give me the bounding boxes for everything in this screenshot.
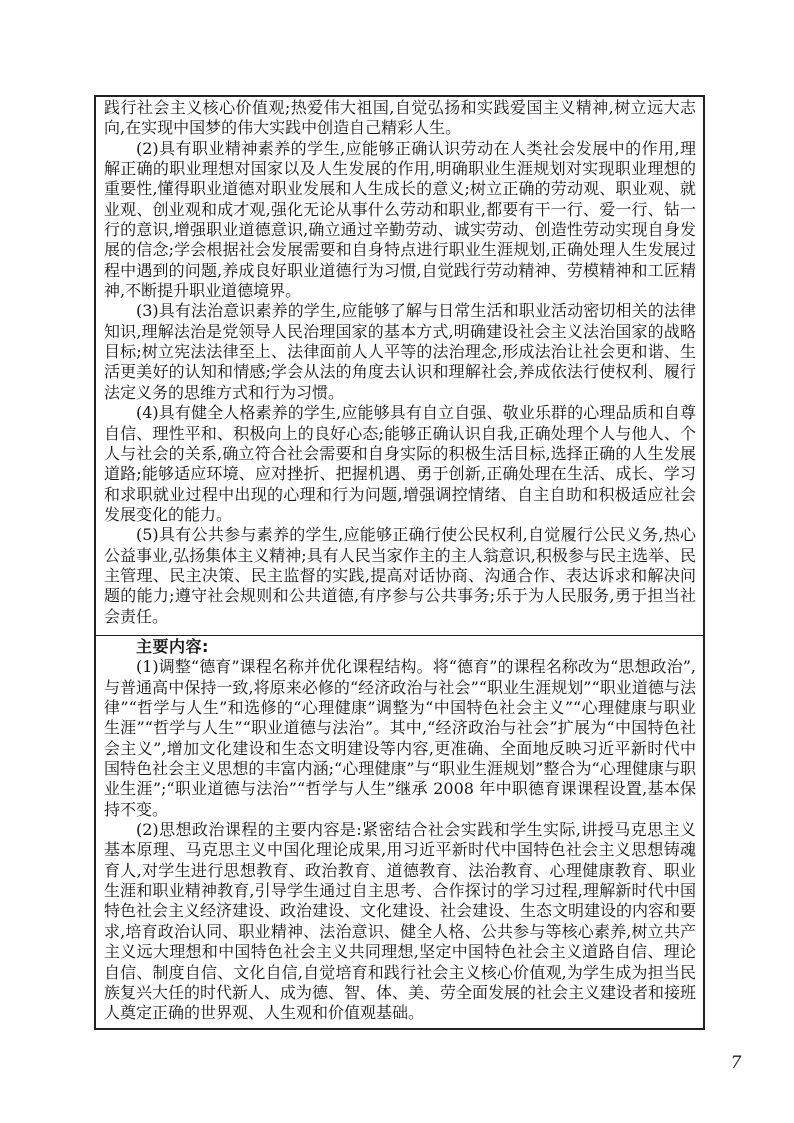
paragraph-main-content-2-ideology-politics-course: (2)思想政治课程的主要内容是:紧密结合社会实践和学生实际,讲授马克思主义基本原…	[104, 820, 696, 1023]
main-content-heading: 主要内容:	[104, 637, 696, 657]
paragraph-competency-4-sound-personality: (4)具有健全人格素养的学生,应能够具有自立自强、敬业乐群的心理品质和自尊自信、…	[104, 403, 696, 525]
table-cell-main-content: 主要内容: (1)调整“德育”课程名称并优化课程结构。将“德育”的课程名称改为“…	[96, 636, 703, 1028]
page-number: 7	[724, 1053, 748, 1073]
paragraph-core-values-continuation: 践行社会主义核心价值观;热爱伟大祖国,自觉弘扬和实践爱国主义精神,树立远大志向,…	[104, 98, 696, 139]
document-table: 践行社会主义核心价值观;热爱伟大祖国,自觉弘扬和实践爱国主义精神,树立远大志向,…	[94, 95, 705, 1030]
paragraph-competency-3-rule-of-law: (3)具有法治意识素养的学生,应能够了解与日常生活和职业活动密切相关的法律知识,…	[104, 301, 696, 403]
table-cell-competencies: 践行社会主义核心价值观;热爱伟大祖国,自觉弘扬和实践爱国主义精神,树立远大志向,…	[96, 97, 703, 636]
document-page: 践行社会主义核心价值观;热爱伟大祖国,自觉弘扬和实践爱国主义精神,树立远大志向,…	[0, 0, 794, 1123]
paragraph-competency-5-public-participation: (5)具有公共参与素养的学生,应能够正确行使公民权利,自觉履行公民义务,热心公益…	[104, 525, 696, 627]
paragraph-main-content-1-curriculum-adjustment: (1)调整“德育”课程名称并优化课程结构。将“德育”的课程名称改为“思想政治”,…	[104, 657, 696, 820]
paragraph-competency-2-professional-spirit: (2)具有职业精神素养的学生,应能够正确认识劳动在人类社会发展中的作用,理解正确…	[104, 139, 696, 302]
